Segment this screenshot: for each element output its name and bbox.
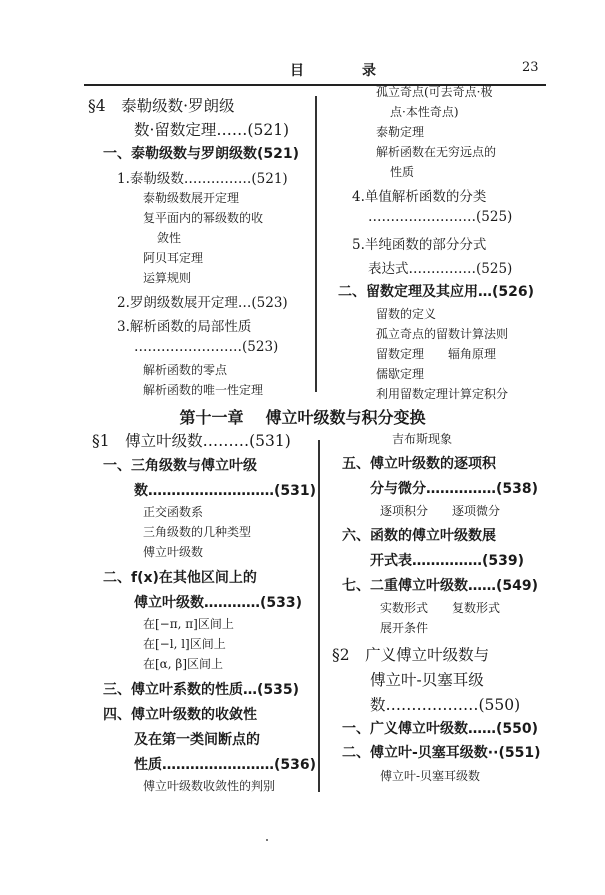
toc-entry: 性质……………………(536) xyxy=(134,754,316,774)
toc-entry: 阿贝耳定理 xyxy=(143,249,203,266)
toc-entry: 数………………………(531) xyxy=(134,480,316,500)
toc-entry: 一、广义傅立叶级数……(550) xyxy=(342,718,538,738)
toc-entry: 复平面内的幂级数的收 xyxy=(143,209,263,226)
toc-entry: 实数形式 复数形式 xyxy=(380,599,500,616)
toc-entry: ……………………(525) xyxy=(368,209,512,225)
toc-entry: 四、傅立叶级数的收敛性 xyxy=(103,704,257,724)
toc-entry: ……………………(523) xyxy=(134,339,278,355)
toc-entry: 留数定理 辐角原理 xyxy=(376,345,496,362)
toc-entry: 在[−π, π]区间上 xyxy=(143,615,234,632)
toc-entry: 分与微分……………(538) xyxy=(370,478,538,498)
toc-entry: 解析函数的唯一性定理 xyxy=(143,381,263,398)
toc-entry: 泰勒定理 xyxy=(376,123,424,140)
chapter-number: 第十一章 xyxy=(179,408,243,427)
toc-entry: 五、傅立叶级数的逐项积 xyxy=(342,453,496,473)
column-divider-upper xyxy=(315,96,317,392)
page-number: 23 xyxy=(522,60,539,75)
toc-entry: 傅立叶-贝塞耳级 xyxy=(370,668,484,690)
toc-entry: 逐项积分 逐项微分 xyxy=(380,502,500,519)
toc-entry: 展开条件 xyxy=(380,619,428,636)
toc-entry: 孤立奇点(可去奇点·极 xyxy=(376,83,493,100)
toc-entry: 数·留数定理……(521) xyxy=(134,118,289,140)
toc-entry: 傅立叶-贝塞耳级数 xyxy=(380,767,480,784)
toc-entry: 七、二重傅立叶级数……(549) xyxy=(342,575,538,595)
toc-entry: 敛性 xyxy=(157,229,181,246)
print-speck xyxy=(266,839,268,841)
running-header-title: 目 录 xyxy=(290,60,398,80)
toc-entry: 一、三角级数与傅立叶级 xyxy=(103,455,257,475)
toc-entry: 及在第一类间断点的 xyxy=(134,729,260,749)
toc-entry: §4 泰勒级数·罗朗级 xyxy=(88,94,235,116)
toc-entry: 数………………(550) xyxy=(370,693,520,715)
toc-entry: 留数的定义 xyxy=(376,305,436,322)
toc-entry: 性质 xyxy=(390,163,414,180)
toc-entry: 二、留数定理及其应用…(526) xyxy=(338,281,534,301)
toc-entry: 点·本性奇点) xyxy=(390,103,459,120)
toc-entry: 4.单值解析函数的分类 xyxy=(352,185,486,205)
toc-entry: §2 广义傅立叶级数与 xyxy=(332,643,489,665)
toc-entry: 二、f(x)在其他区间上的 xyxy=(103,567,257,587)
toc-entry: 利用留数定理计算定积分 xyxy=(376,385,508,402)
chapter-heading: 第十一章傅立叶级数与积分变换 xyxy=(0,405,605,428)
column-divider-lower xyxy=(318,440,320,792)
toc-entry: 六、函数的傅立叶级数展 xyxy=(342,525,496,545)
toc-entry: 一、泰勒级数与罗朗级数(521) xyxy=(103,143,299,163)
toc-entry: 儒歇定理 xyxy=(376,365,424,382)
toc-entry: 解析函数的零点 xyxy=(143,361,227,378)
toc-entry: 表达式……………(525) xyxy=(368,257,512,277)
toc-entry: 吉布斯现象 xyxy=(392,430,452,447)
toc-entry: 三、傅立叶系数的性质…(535) xyxy=(103,679,299,699)
toc-entry: 三角级数的几种类型 xyxy=(143,523,251,540)
toc-entry: 3.解析函数的局部性质 xyxy=(117,315,251,335)
toc-entry: 正交函数系 xyxy=(143,503,203,520)
toc-entry: 二、傅立叶-贝塞耳级数··(551) xyxy=(342,742,540,762)
toc-entry: §1 傅立叶级数………(531) xyxy=(92,429,291,451)
toc-entry: 在[α, β]区间上 xyxy=(143,655,223,672)
toc-entry: 2.罗朗级数展开定理…(523) xyxy=(117,291,288,311)
toc-entry: 5.半纯函数的部分分式 xyxy=(352,233,486,253)
toc-entry: 在[−l, l]区间上 xyxy=(143,635,226,652)
toc-entry: 孤立奇点的留数计算法则 xyxy=(376,325,508,342)
toc-entry: 解析函数在无穷远点的 xyxy=(376,143,496,160)
toc-entry: 傅立叶级数…………(533) xyxy=(134,592,302,612)
toc-entry: 傅立叶级数收敛性的判别 xyxy=(143,777,275,794)
chapter-title: 傅立叶级数与积分变换 xyxy=(266,408,426,427)
toc-entry: 傅立叶级数 xyxy=(143,543,203,560)
toc-entry: 1.泰勒级数……………(521) xyxy=(117,167,288,187)
toc-entry: 开式表……………(539) xyxy=(370,550,524,570)
toc-entry: 泰勒级数展开定理 xyxy=(143,189,239,206)
toc-entry: 运算规则 xyxy=(143,269,191,286)
